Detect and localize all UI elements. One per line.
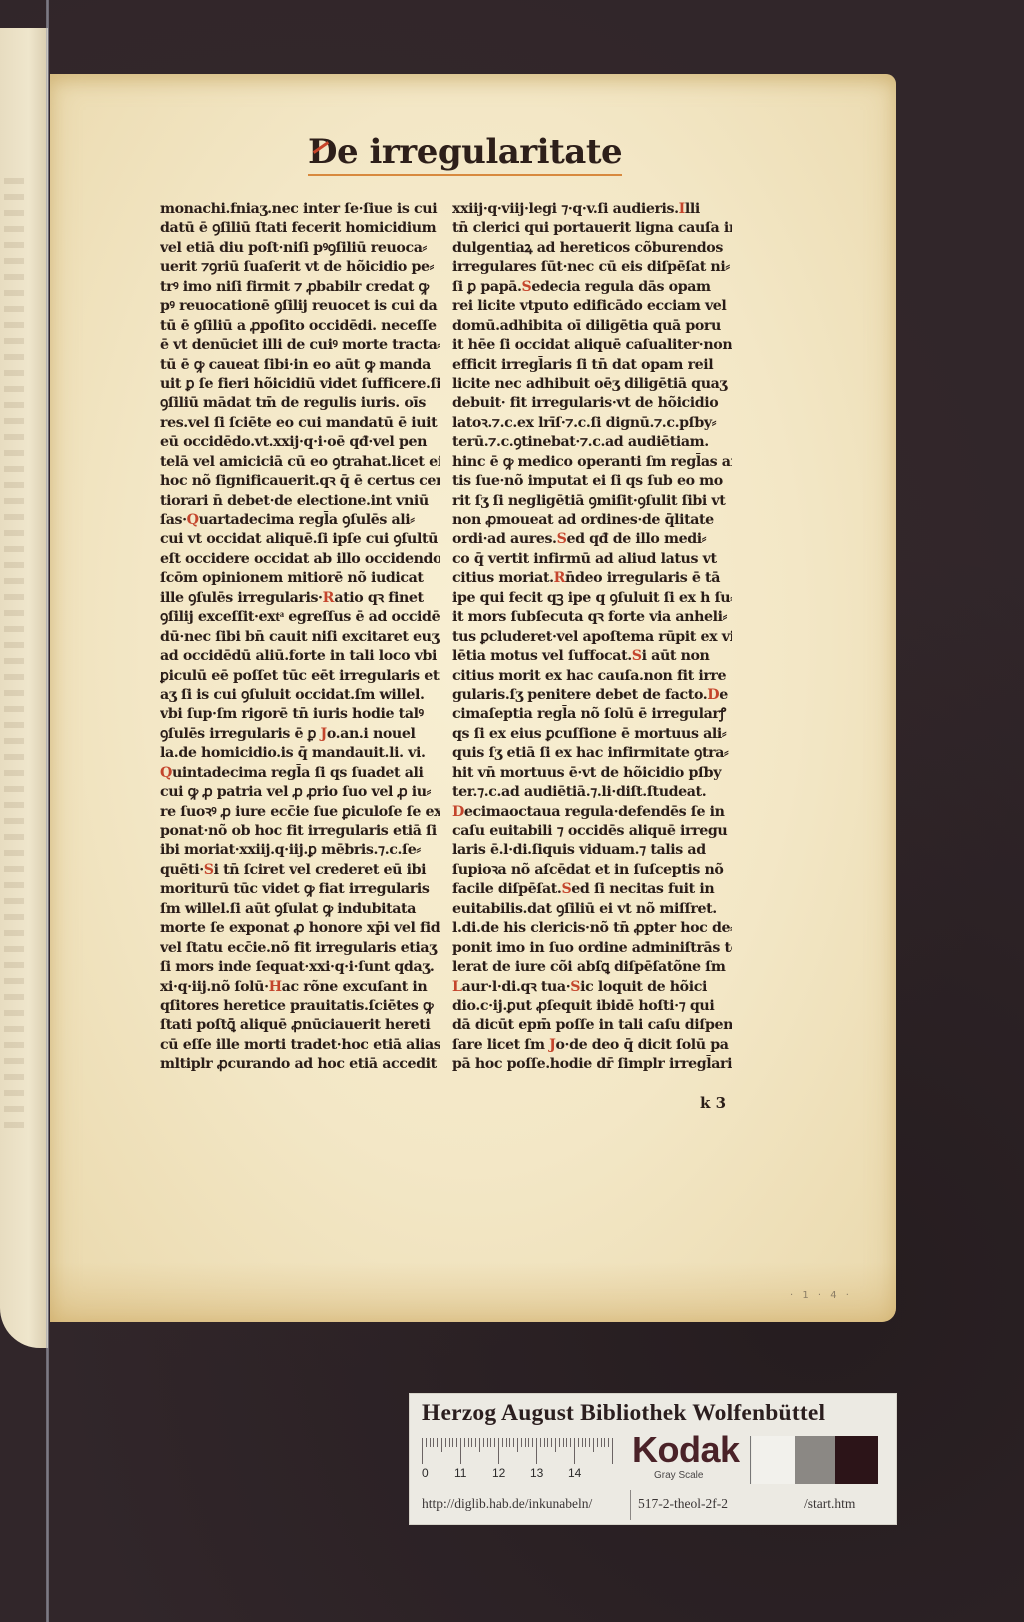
text-line: caſu euitabili ⁊ occidēs aliquē irregu (452, 822, 732, 841)
ruler-tick (502, 1438, 503, 1447)
ruler-tick (437, 1438, 438, 1447)
text-line: tus ꝑcluderet·vel apoſtema rūpit ex vio (452, 628, 732, 647)
ruler-tick (559, 1438, 560, 1447)
text-line: Quintadecima regl̄a ſi qs ſuadet ali (160, 764, 440, 783)
text-line: eū occidēdo.vt.xxij·q·i·oē qđ·vel pen (160, 433, 440, 452)
ruler-tick (540, 1438, 541, 1447)
ruler-tick (449, 1438, 450, 1447)
rubricated-initial: S (557, 531, 567, 547)
ruler-tick (582, 1438, 583, 1447)
ruler-tick (612, 1438, 613, 1464)
text-line: xxiij·q·viij·legi ⁊·q·v.ſi audieris.Illi (452, 200, 732, 219)
text-line: hit vn̄ mortuus ē·vt de hõicidio pſby (452, 764, 732, 783)
text-line: ſcōm opinionem mitiorē nõ iudicat (160, 569, 440, 588)
rubricated-initial: R (323, 590, 335, 606)
facing-page-edge (0, 28, 48, 1348)
url-prefix: http://diglib.hab.de/inkunabeln/ (422, 1496, 592, 1512)
rubricated-initial: S (522, 279, 532, 295)
url-row: http://diglib.hab.de/inkunabeln/ 517-2-t… (410, 1486, 896, 1524)
text-line: latoꝛ.⁊.c.ex lrīſ·⁊.c.ſi dignū.⁊.c.pſby⸗ (452, 414, 732, 433)
text-line: ꝯſulēs irregularis ē ꝑ Jo.an.i nouel (160, 725, 440, 744)
text-line: laris ē.l·di.ſiquis viduam.⁊ talis ad (452, 841, 732, 860)
shelfmark: 517-2-theol-2f-2 (638, 1496, 728, 1512)
ruler-tick (604, 1438, 605, 1447)
url-suffix: /start.htm (804, 1496, 855, 1512)
ruler-tick (509, 1438, 510, 1447)
text-line: quēti·Si tn̄ ſciret vel crederet eū ibi (160, 861, 440, 880)
running-head: De irregularitate (308, 132, 622, 176)
ruler-tick (589, 1438, 590, 1447)
text-line: irregulares ſūt·nec cū eis diſpēſat ni⸗ (452, 258, 732, 277)
text-line: res.vel ſi ſciēte eo cui mandatū ē iuit (160, 414, 440, 433)
text-line: dulgentiaꝝ ad hereticos cõburendos (452, 239, 732, 258)
text-line: ē vt denūciet illi de cuiꝰ morte tracta⸗ (160, 336, 440, 355)
ruler-tick (551, 1438, 552, 1447)
ruler-tick (578, 1438, 579, 1447)
text-line: dio.c·ij.ꝑut ꝓſequit ibidē hoſti·⁊ qui (452, 997, 732, 1016)
text-line: citius moriat.Rn̄deo irregularis ē tā (452, 569, 732, 588)
text-line: ſi mors inde ſequat·xxi·q·i·ſunt qdaʒ. (160, 958, 440, 977)
ruler-label: 11 (454, 1466, 466, 1480)
ruler-tick (490, 1438, 491, 1447)
pencil-annotation: · 1 · 4 · (790, 1290, 852, 1301)
text-line: co q̄ vertit infirmū ad aliud latus vt (452, 550, 732, 569)
ruler-tick (601, 1438, 602, 1447)
rubricated-initial: D (452, 804, 464, 820)
text-line: it mors ſubſecuta qꝛ forte via anheli⸗ (452, 608, 732, 627)
rubricated-initial: R (554, 570, 565, 586)
text-line: hinc ē ꝙ medico operanti ſm regl̄as ar (452, 453, 732, 472)
ruler-tick (547, 1438, 548, 1447)
ruler-label: 0 (422, 1466, 429, 1480)
ruler-tick (471, 1438, 472, 1447)
text-column-left: monachi.fniaʒ.nec inter ſe·ſiue is cuida… (160, 200, 440, 1075)
color-calibration-card: Herzog August Bibliothek Wolfenbüttel 01… (410, 1394, 896, 1524)
text-line: ſtati poſtꝗ̄ aliquē ꝓnūciauerit hereti (160, 1016, 440, 1035)
text-line: ponit imo in ſuo ordine adminiſtrās to (452, 939, 732, 958)
rubricated-initial: I (679, 201, 685, 217)
divider (630, 1490, 631, 1520)
rubricated-initial: S (561, 881, 571, 897)
ruler-tick (430, 1438, 431, 1447)
text-line: rit ſʒ ſi negligētiā ꝯmiſit·ꝯſulit ſibi … (452, 492, 732, 511)
text-line: ſupioꝛa nõ aſcēdat et in ſuſceptis nõ (452, 861, 732, 880)
rubricated-initial: S (204, 862, 214, 878)
ruler-tick (525, 1438, 526, 1447)
gray-patch-white (752, 1436, 795, 1484)
rubricated-initial: J (321, 726, 327, 742)
ruler-tick (597, 1438, 598, 1447)
rubricated-initial: D (707, 687, 719, 703)
text-line: eſt occidere occidat ab illo occidendo (160, 550, 440, 569)
text-line: ter.⁊.c.ad audiētiā.⁊.li·diſt.ſtudeat. (452, 783, 732, 802)
rubricated-initial: Q (160, 765, 172, 781)
rubricated-initial: Q (187, 512, 199, 528)
divider (750, 1436, 751, 1484)
ruler-scale (422, 1438, 612, 1464)
ruler-tick (433, 1438, 434, 1447)
ruler-tick (422, 1438, 423, 1464)
text-line: cimaſeptia regl̄a nõ ſolū ē irregularꝭ (452, 705, 732, 724)
text-line: mltiplr ꝓcurando ad hoc etiā accedit (160, 1055, 440, 1074)
ruler-tick (452, 1438, 453, 1447)
ruler-tick (521, 1438, 522, 1447)
text-line: qs ſi ex eius ꝑcuſſione ē mortuus ali⸗ (452, 725, 732, 744)
rubricated-initial: D (308, 132, 337, 172)
rubricated-initial: L (452, 979, 462, 995)
ruler-labels: 011121314 (420, 1466, 620, 1480)
ruler-tick (498, 1438, 499, 1464)
text-line: ꝯſiliū mādat tm̄ de regulis iuris. oīs (160, 394, 440, 413)
text-line: lerat de iure cõi abſꝗ diſpēſatõne ſm (452, 958, 732, 977)
text-line: telā vel amiciciā cū eo ꝯtrahat.licet ei (160, 453, 440, 472)
ruler-tick (517, 1438, 518, 1452)
text-line: licite nec adhibuit oēʒ diligētiā quaʒ (452, 375, 732, 394)
text-line: aʒ ſi is cui ꝯſuluit occidat.ſm willel. (160, 686, 440, 705)
ruler-tick (608, 1438, 609, 1447)
rubricated-initial: H (269, 979, 282, 995)
ruler-label: 13 (530, 1466, 543, 1480)
text-line: domū.adhibita oī diligētia quā poru (452, 317, 732, 336)
ruler-tick (585, 1438, 586, 1447)
gray-patch-mid (795, 1436, 835, 1484)
ruler-tick (566, 1438, 567, 1447)
text-line: morte ſe exponat ꝓ honore xp̄i vel fide (160, 919, 440, 938)
text-line: uerit ⁊ꝯriū ſuaſerit vt de hõicidio pe⸗ (160, 258, 440, 277)
text-line: trꝰ imo niſi firmit ⁊ ꝓbabilr credat ꝙ (160, 278, 440, 297)
text-line: cū eſſe ille morti tradet·hoc etiā alias (160, 1036, 440, 1055)
ruler-tick (570, 1438, 571, 1447)
text-line: terū.⁊.c.ꝯtinebat·⁊.c.ad audiētiam. (452, 433, 732, 452)
text-line: tiorari n̄ debet·de electione.int vniū (160, 492, 440, 511)
ruler-tick (445, 1438, 446, 1447)
ruler-tick (464, 1438, 465, 1447)
ruler-tick (479, 1438, 480, 1452)
text-line: efficit irregl̄aris ſi tn̄ dat opam reil (452, 356, 732, 375)
text-line: cui vt occidat aliquē.ſi ipſe cui ꝯſultū (160, 530, 440, 549)
signature-mark: k 3 (700, 1094, 726, 1112)
text-line: pꝰ reuocationē ꝯſilij reuocet is cui da (160, 297, 440, 316)
text-line: tis ſue·nõ imputat ei ſi qs ſub eo mo (452, 472, 732, 491)
ruler-tick (563, 1438, 564, 1447)
text-line: dā dicūt epm̄ poſſe in tali caſu diſpen (452, 1016, 732, 1035)
text-line: citius morit ex hac cauſa.non fit irre (452, 667, 732, 686)
text-line: ſm willel.ſi aūt ꝯſulat ꝙ indubitata (160, 900, 440, 919)
text-line: vbi ſup·ſm rigorē tn̄ iuris hodie talꝰ (160, 705, 440, 724)
ruler-tick (555, 1438, 556, 1452)
text-line: hoc nõ ſignificauerit.qꝛ q̄ ē certus cer (160, 472, 440, 491)
ruler-tick (532, 1438, 533, 1447)
gutter-line (46, 0, 49, 1622)
text-line: it hēe ſi occidat aliquē caſualiter·non (452, 336, 732, 355)
gray-patch-dark (835, 1436, 878, 1484)
text-line: Decimaoctaua regula·defendēs ſe in (452, 803, 732, 822)
ruler-tick (513, 1438, 514, 1447)
text-line: ipe qui fecit qꝫ ipe q ꝯſuluit ſi ex h ſ… (452, 589, 732, 608)
text-line: uit ꝑ ſe fieri hõicidiū videt ſufficere.… (160, 375, 440, 394)
text-line: debuit· fit irregularis·vt de hõicidio (452, 394, 732, 413)
text-line: Laur·l·di.qꝛ tua·Sic loquit de hõici (452, 978, 732, 997)
text-line: ponat·nõ ob hoc fit irregularis etiā ſi (160, 822, 440, 841)
text-line: quis ſʒ etiā ſi ex hac infirmitate ꝯtra⸗ (452, 744, 732, 763)
text-line: ordi·ad aures.Sed qđ de illo medi⸗ (452, 530, 732, 549)
text-line: tū ē ꝙ caueat ſibi·in eo aūt ꝙ manda (160, 356, 440, 375)
ruler-tick (494, 1438, 495, 1447)
rubricated-initial: J (549, 1037, 555, 1053)
text-line: ad occidēdū aliū.forte in tali loco vbi (160, 647, 440, 666)
text-column-right: xxiij·q·viij·legi ⁊·q·v.ſi audieris.Illi… (452, 200, 732, 1075)
ruler-tick (574, 1438, 575, 1464)
text-line: vel ſtatu ecc̄ie.nõ fit irregularis etia… (160, 939, 440, 958)
text-line: ibi moriat·xxiij.q·iij.ꝑ mēbris.⁊.c.ſe⸗ (160, 841, 440, 860)
text-line: ille ꝯſulēs irregularis·Ratio qꝛ finet (160, 589, 440, 608)
ruler-tick (506, 1438, 507, 1447)
ruler-tick (544, 1438, 545, 1447)
text-line: gularis.ſʒ penitere debet de facto.De (452, 686, 732, 705)
text-line: l.di.de his clericis·nõ tn̄ ꝓpter hoc de… (452, 919, 732, 938)
text-line: pā hoc poſſe.hodie dr̄ ſimplr irregl̄ari… (452, 1055, 732, 1074)
text-line: moriturū tūc videt ꝙ fiat irregularis (160, 880, 440, 899)
library-name: Herzog August Bibliothek Wolfenbüttel (422, 1400, 825, 1427)
rubricated-initial: S (632, 648, 642, 664)
text-line: dū·nec ſibi bn̄ cauit niſi excitaret euʒ (160, 628, 440, 647)
text-line: non ꝓmoueat ad ordines·de q̄litate (452, 511, 732, 530)
ruler-tick (475, 1438, 476, 1447)
ruler-label: 12 (492, 1466, 505, 1480)
ruler-tick (460, 1438, 461, 1464)
text-line: cui ꝙ ꝓ patria vel ꝓ ꝓrio ſuo vel ꝓ iu⸗ (160, 783, 440, 802)
text-line: lētia motus vel ſuffocat.Si aūt non (452, 647, 732, 666)
text-line: monachi.fniaʒ.nec inter ſe·ſiue is cui (160, 200, 440, 219)
ruler-tick (456, 1438, 457, 1447)
text-line: ſas·Quartadecima regl̄a ꝯſulēs ali⸗ (160, 511, 440, 530)
text-line: ſi ꝑ papā.Sedecia regula dās opam (452, 278, 732, 297)
text-line: datū ē ꝯſiliū ſtati fecerit homicidium (160, 219, 440, 238)
text-line: facile diſpēſat.Sed ſi necitas fuit in (452, 880, 732, 899)
text-line: xi·q·iij.nõ ſolū·Hac rõne excuſant in (160, 978, 440, 997)
ruler-tick (528, 1438, 529, 1447)
text-line: rei licite vtputo edificādo ecciam vel (452, 297, 732, 316)
ruler-tick (441, 1438, 442, 1452)
rubricated-initial: S (570, 979, 580, 995)
ruler-tick (483, 1438, 484, 1447)
ruler-tick (468, 1438, 469, 1447)
gray-scale-label: Gray Scale (654, 1470, 703, 1481)
text-line: la.de homicidio.is q̄ mandauit.li. vi. (160, 744, 440, 763)
running-head-text: e irregularitate (337, 132, 622, 172)
ruler-tick (487, 1438, 488, 1447)
ruler-tick (593, 1438, 594, 1452)
text-line: ꝑiculū eē poſſet tūc eēt irregularis eti (160, 667, 440, 686)
ruler-tick (536, 1438, 537, 1464)
kodak-logo: Kodak (632, 1432, 740, 1468)
show-through-text (4, 178, 24, 1138)
text-line: re ſuoꝛꝰ ꝓ iure ecc̄ie ſue ꝑiculoſe ſe e… (160, 803, 440, 822)
text-line: euitabilis.dat ꝯſiliū ei vt nõ miſſret. (452, 900, 732, 919)
ruler-label: 14 (568, 1466, 581, 1480)
text-line: ſare licet ſm Jo·de deo q̄ dicit ſolū pa (452, 1036, 732, 1055)
ruler-tick (426, 1438, 427, 1447)
text-line: tū ē ꝯſiliū a ꝓpoſito occidēdi. neceſſe (160, 317, 440, 336)
text-line: qſitores heretice prauitatis.ſciētes ꝙ (160, 997, 440, 1016)
text-line: vel etiā diu poſt·niſi pꝰꝯſiliū reuoca⸗ (160, 239, 440, 258)
text-line: ꝯſilij exceſſit·extͣ egreſſus ē ad occid… (160, 608, 440, 627)
text-line: tn̄ clerici qui portauerit ligna cauſa i… (452, 219, 732, 238)
